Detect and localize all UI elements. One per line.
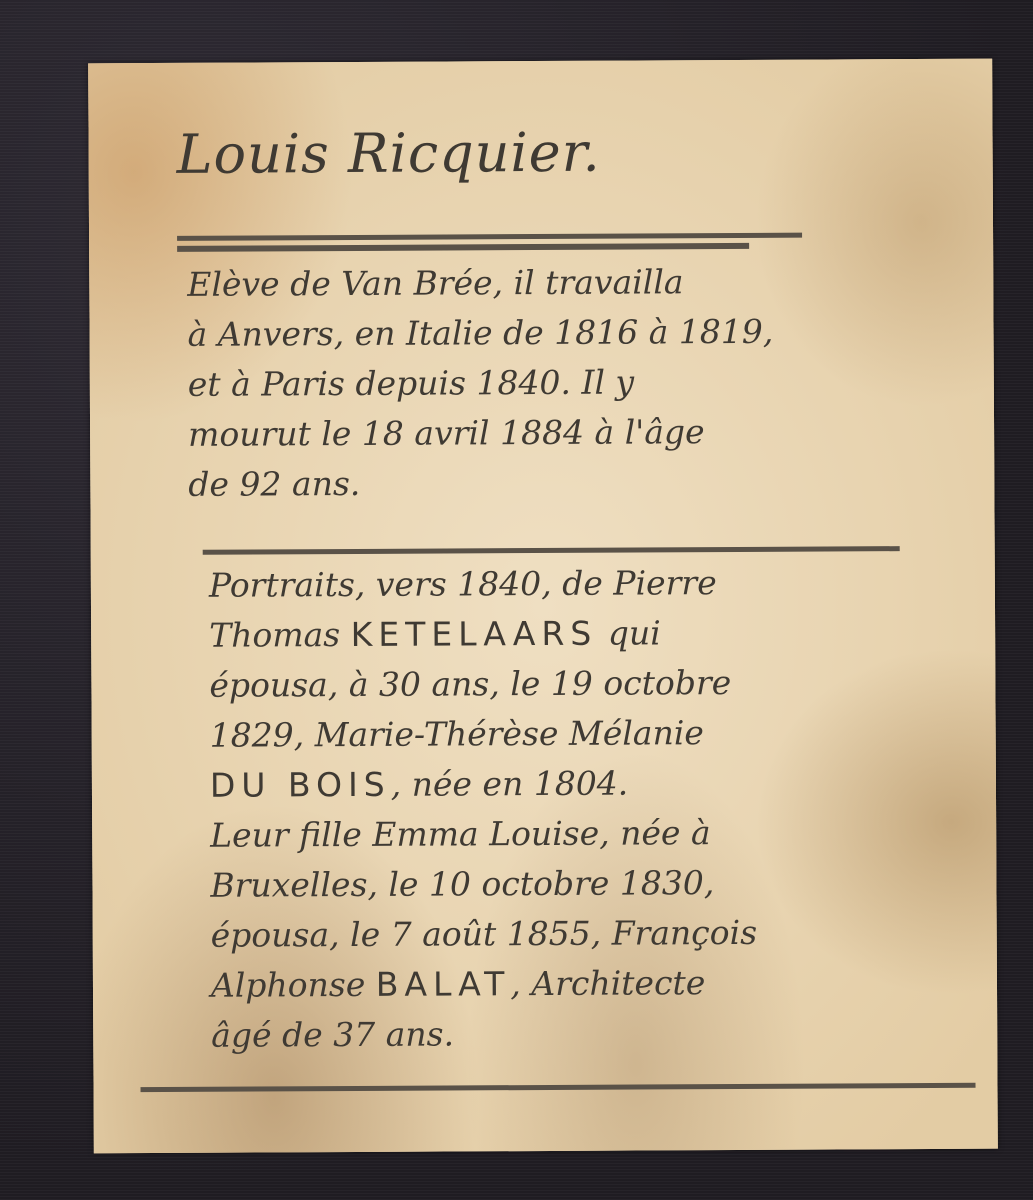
portrait-line: épousa, à 30 ans, le 19 octobre xyxy=(209,658,756,711)
surname-du-bois: DU BOIS xyxy=(210,765,391,805)
portrait-line: DU BOIS, née en 1804. xyxy=(210,758,757,811)
section-divider xyxy=(203,546,900,555)
bio-line: mourut le 18 avril 1884 à l'âge xyxy=(188,407,774,460)
portrait-line: Portraits, vers 1840, de Pierre xyxy=(209,558,756,611)
surname-ketelaars: KETELAARS xyxy=(351,614,598,654)
bio-line: et à Paris depuis 1840. Il y xyxy=(188,357,774,410)
portrait-line: âgé de 37 ans. xyxy=(211,1008,758,1061)
bottom-rule xyxy=(141,1083,976,1092)
portrait-line: Leur fille Emma Louise, née à xyxy=(210,808,757,861)
portrait-line: Thomas KETELAARS qui xyxy=(209,608,756,661)
bio-line: de 92 ans. xyxy=(188,457,774,510)
biography-paragraph: Elève de Van Brée, il travailla à Anvers… xyxy=(187,257,774,510)
handwritten-note-paper: Louis Ricquier. Elève de Van Brée, il tr… xyxy=(88,59,998,1154)
portrait-line: Alphonse BALAT, Architecte xyxy=(211,958,758,1011)
portrait-line: Bruxelles, le 10 octobre 1830, xyxy=(210,858,757,911)
portraits-paragraph: Portraits, vers 1840, de Pierre Thomas K… xyxy=(209,558,758,1061)
title-underline-top xyxy=(177,233,802,241)
portrait-line: épousa, le 7 août 1855, François xyxy=(211,908,758,961)
bio-line: à Anvers, en Italie de 1816 à 1819, xyxy=(187,307,773,360)
surname-balat: BALAT xyxy=(376,964,511,1004)
portrait-line: 1829, Marie-Thérèse Mélanie xyxy=(210,708,757,761)
bio-line: Elève de Van Brée, il travailla xyxy=(187,257,773,310)
document-title: Louis Ricquier. xyxy=(176,121,600,186)
title-underline-bottom xyxy=(177,243,749,252)
